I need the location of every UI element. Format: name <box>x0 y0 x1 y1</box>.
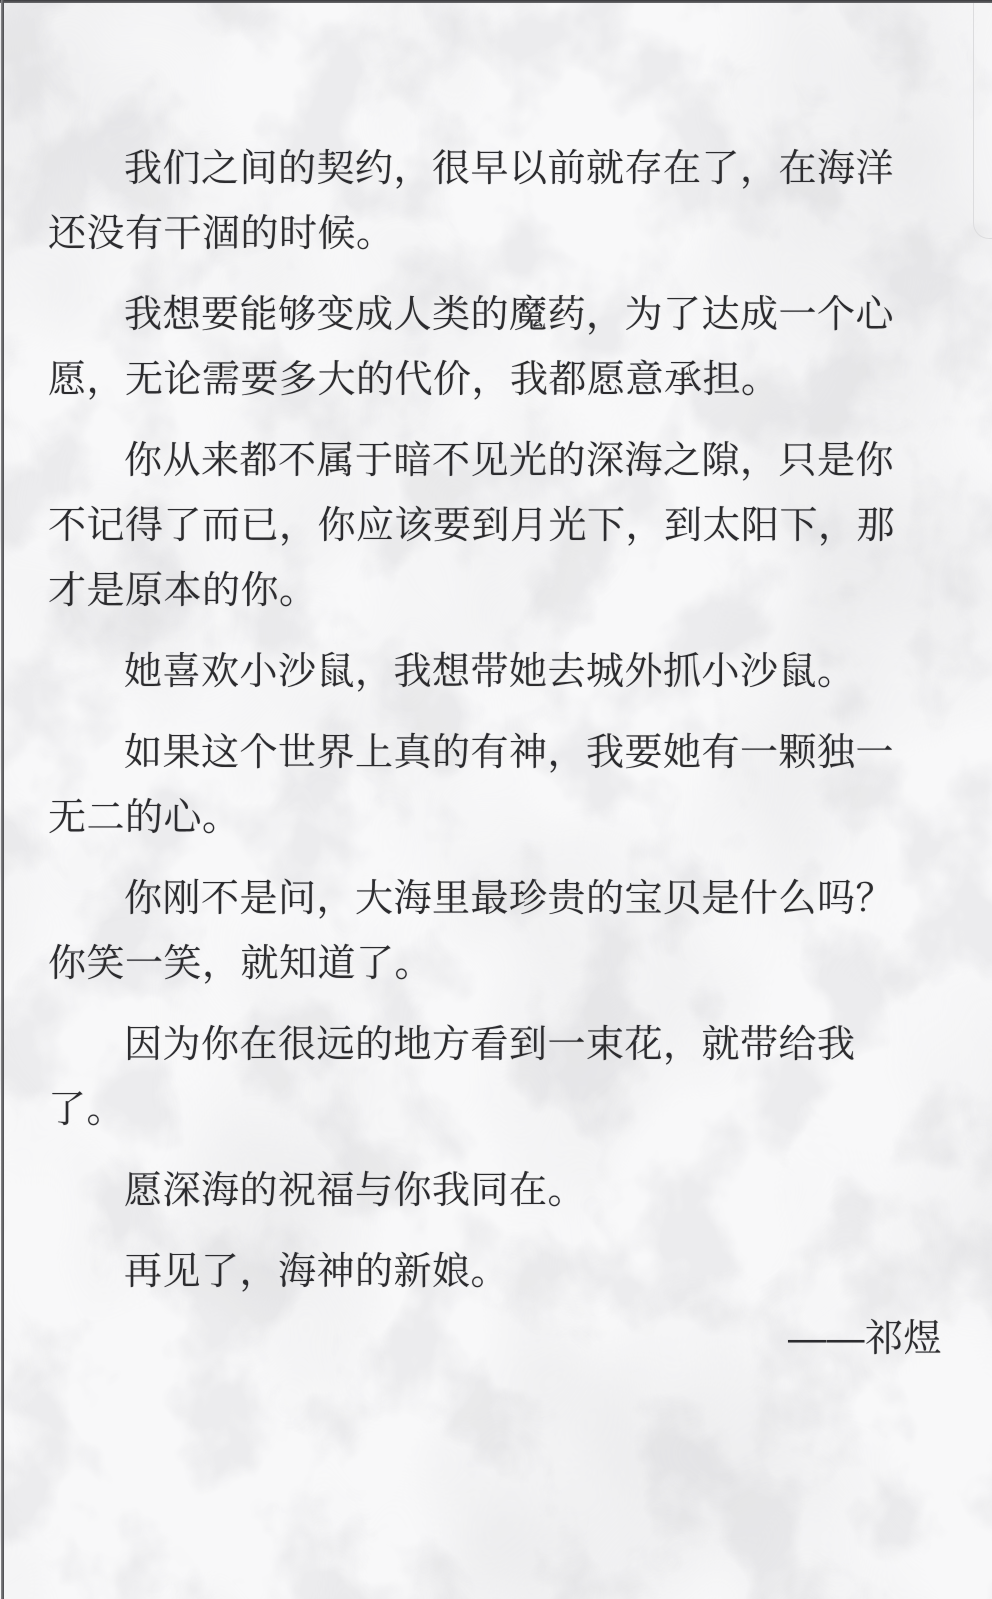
paragraph: 你从来都不属于暗不见光的深海之隙，只是你不记得了而已，你应该要到月光下，到太阳下… <box>48 429 928 624</box>
paragraph: 愿深海的祝福与你我同在。 <box>48 1159 928 1224</box>
page-edge-top <box>0 0 992 3</box>
paragraph: 我想要能够变成人类的魔药，为了达成一个心愿，无论需要多大的代价，我都愿意承担。 <box>48 283 928 413</box>
paragraph: 我们之间的契约，很早以前就存在了，在海洋还没有干涸的时候。 <box>48 137 928 267</box>
paragraph: 因为你在很远的地方看到一束花，就带给我了。 <box>48 1013 928 1143</box>
paragraph: 你刚不是问，大海里最珍贵的宝贝是什么吗？你笑一笑，就知道了。 <box>48 867 928 997</box>
paragraph: 如果这个世界上真的有神，我要她有一颗独一无二的心。 <box>48 721 928 851</box>
paragraph: 再见了，海神的新娘。 <box>48 1240 928 1305</box>
paragraph: 她喜欢小沙鼠，我想带她去城外抓小沙鼠。 <box>48 640 928 705</box>
paper-crease-line <box>973 0 992 239</box>
novel-page: 我们之间的契约，很早以前就存在了，在海洋还没有干涸的时候。 我想要能够变成人类的… <box>48 137 928 1388</box>
author-signature: ——祁煜 <box>48 1307 942 1372</box>
page-edge-left <box>1 0 4 1599</box>
